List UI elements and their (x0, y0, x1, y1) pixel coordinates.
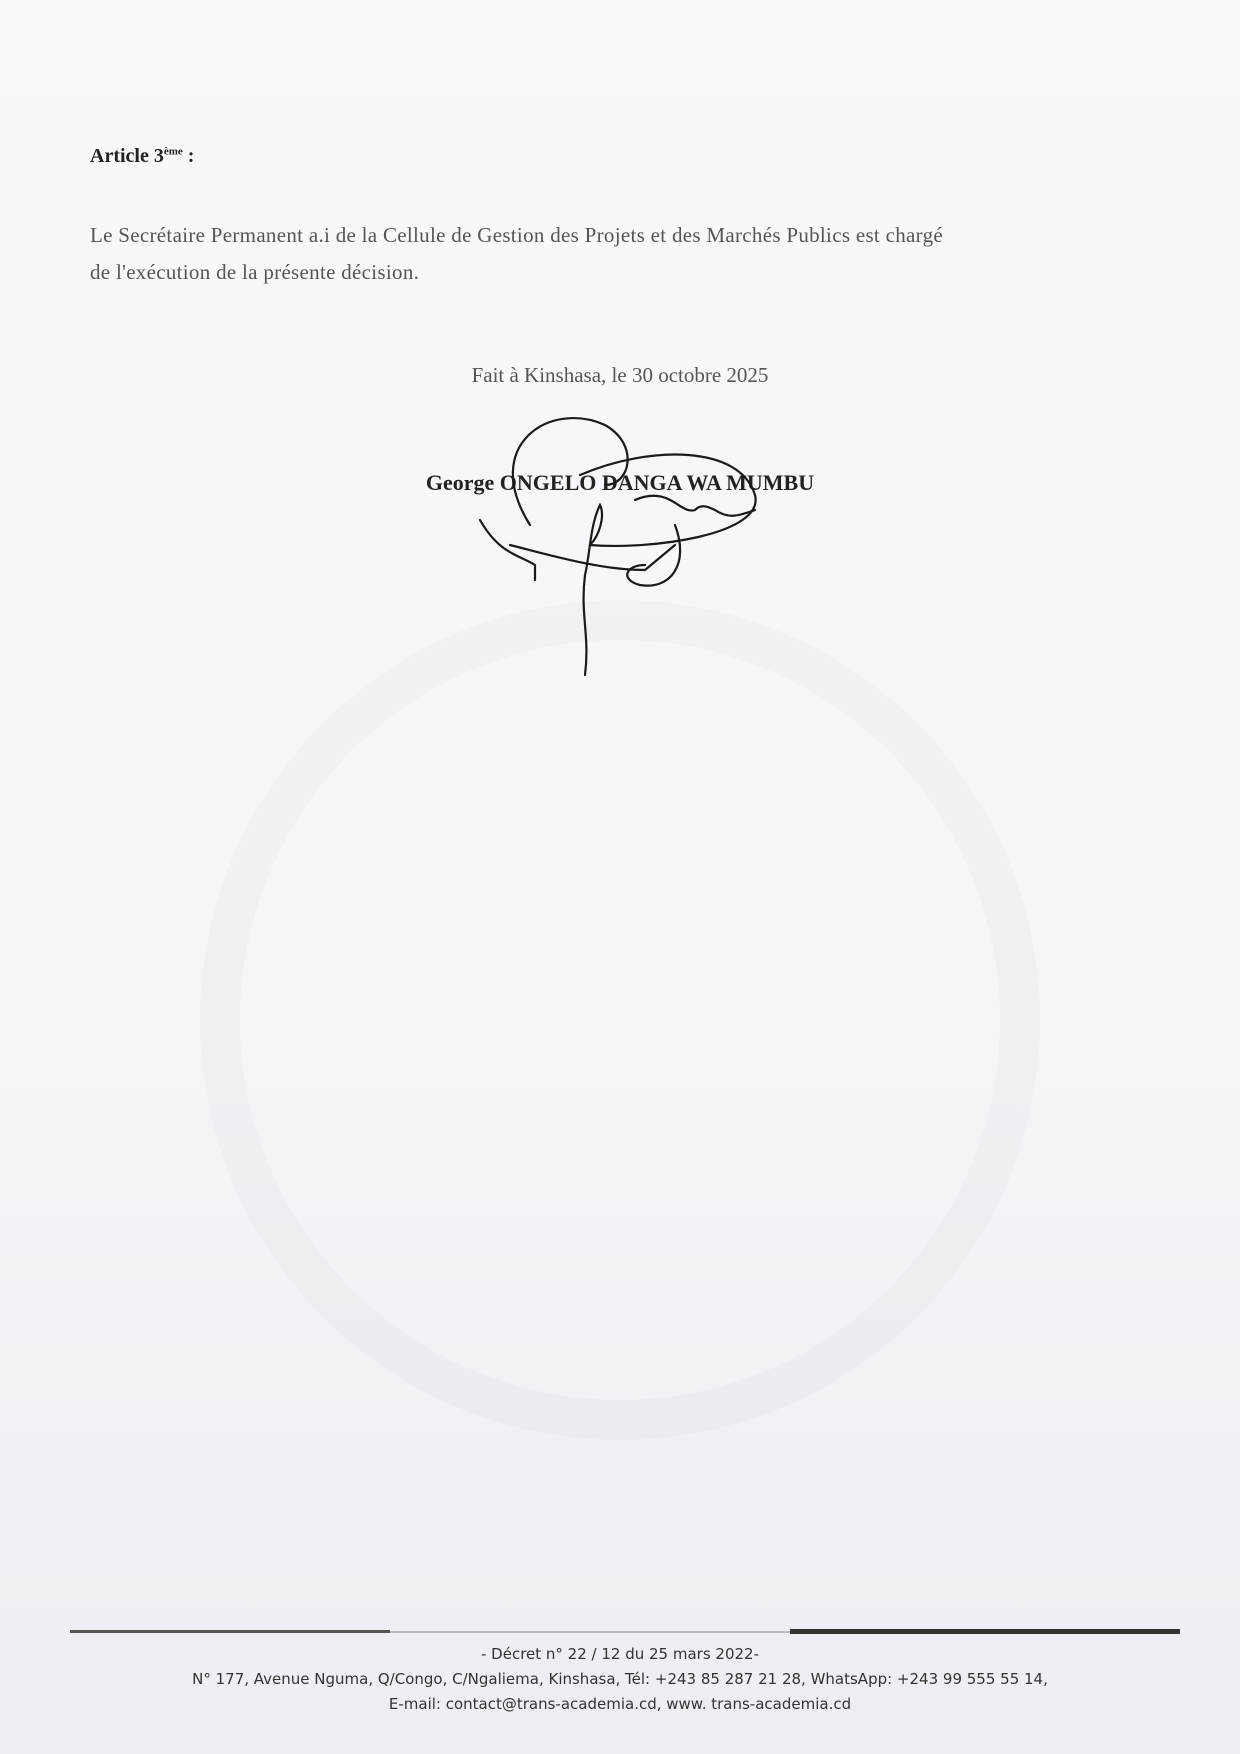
article-body-line: de l'exécution de la présente décision. (90, 254, 1140, 291)
footer: - Décret n° 22 / 12 du 25 mars 2022- N° … (0, 1642, 1240, 1717)
place-date: Fait à Kinshasa, le 30 octobre 2025 (0, 363, 1240, 388)
article-number: Article 3 (90, 145, 164, 167)
watermark-seal (200, 600, 1040, 1440)
document-page: Article 3ème : Le Secrétaire Permanent a… (0, 0, 1240, 1754)
article-body: Le Secrétaire Permanent a.i de la Cellul… (90, 217, 1140, 291)
footer-contact: E-mail: contact@trans-academia.cd, www. … (0, 1692, 1240, 1717)
footer-decree: - Décret n° 22 / 12 du 25 mars 2022- (0, 1642, 1240, 1667)
footer-address: N° 177, Avenue Nguma, Q/Congo, C/Ngaliem… (0, 1667, 1240, 1692)
article-body-line: Le Secrétaire Permanent a.i de la Cellul… (90, 217, 1140, 254)
article-ordinal: ème (164, 145, 183, 157)
article-colon: : (183, 145, 195, 167)
article-heading: Article 3ème : (90, 145, 194, 168)
footer-divider (70, 1629, 1180, 1635)
handwritten-signature-icon (440, 405, 800, 685)
